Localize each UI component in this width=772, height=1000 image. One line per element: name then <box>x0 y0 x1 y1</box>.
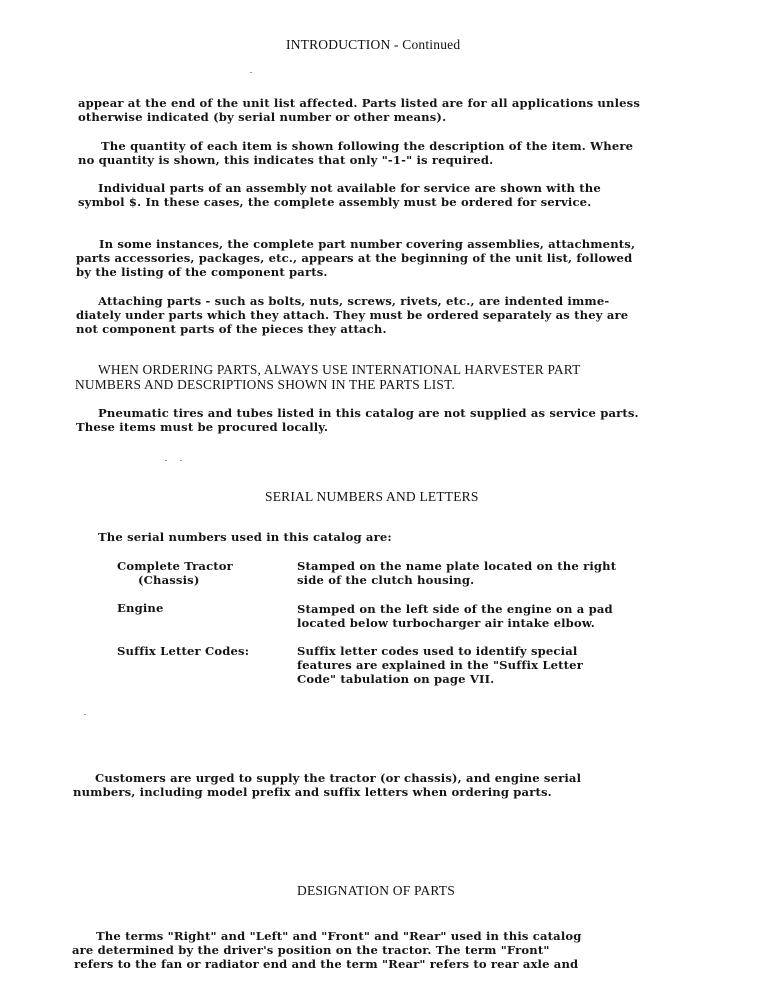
text-line: parts accessories, packages, etc., appea… <box>76 251 635 265</box>
text-line: In some instances, the complete part num… <box>76 237 635 251</box>
text-line: Stamped on the left side of the engine o… <box>297 602 613 616</box>
text-line: otherwise indicated (by serial number or… <box>78 110 640 124</box>
text-line: side of the clutch housing. <box>297 573 616 587</box>
section-heading-designation: DESIGNATION OF PARTS <box>297 883 455 899</box>
page-title: INTRODUCTION - Continued <box>286 37 460 53</box>
text-line: Pneumatic tires and tubes listed in this… <box>76 406 639 420</box>
text-line: NUMBERS AND DESCRIPTIONS SHOWN IN THE PA… <box>75 377 580 392</box>
text-line: These items must be procured locally. <box>76 420 639 434</box>
paragraph-designation: The terms "Right" and "Left" and "Front"… <box>72 929 582 971</box>
text-line: WHEN ORDERING PARTS, ALWAYS USE INTERNAT… <box>75 362 580 377</box>
text-line: are determined by the driver's position … <box>72 943 582 957</box>
paragraph-pneumatic-tires: Pneumatic tires and tubes listed in this… <box>76 406 639 434</box>
text-line: by the listing of the component parts. <box>76 265 635 279</box>
text-line: symbol $. In these cases, the complete a… <box>78 195 601 209</box>
text-line: refers to the fan or radiator end and th… <box>72 957 582 971</box>
paragraph-complete-part-number: In some instances, the complete part num… <box>76 237 635 279</box>
text-line: Suffix Letter Codes: <box>117 644 249 658</box>
text-line: Code" tabulation on page VII. <box>297 672 583 686</box>
text-line: Attaching parts - such as bolts, nuts, s… <box>76 294 628 308</box>
text-line: Stamped on the name plate located on the… <box>297 559 616 573</box>
text-line: The quantity of each item is shown follo… <box>78 139 633 153</box>
scan-speck <box>180 460 182 461</box>
text-line: Suffix letter codes used to identify spe… <box>297 644 583 658</box>
paragraph-unit-list: appear at the end of the unit list affec… <box>78 96 640 124</box>
serial-desc-suffix-codes: Suffix letter codes used to identify spe… <box>297 644 583 686</box>
section-heading-serial-numbers: SERIAL NUMBERS AND LETTERS <box>265 489 479 505</box>
paragraph-individual-parts: Individual parts of an assembly not avai… <box>78 181 601 209</box>
text-line: numbers, including model prefix and suff… <box>73 785 581 799</box>
text-line: The terms "Right" and "Left" and "Front"… <box>72 929 582 943</box>
serial-label-complete-tractor: Complete Tractor (Chassis) <box>117 559 233 587</box>
text-line: Customers are urged to supply the tracto… <box>73 771 581 785</box>
text-line: not component parts of the pieces they a… <box>76 322 628 336</box>
text-line: diately under parts which they attach. T… <box>76 308 628 322</box>
text-line: located below turbocharger air intake el… <box>297 616 613 630</box>
serial-label-suffix-codes: Suffix Letter Codes: <box>117 644 249 658</box>
paragraph-attaching-parts: Attaching parts - such as bolts, nuts, s… <box>76 294 628 336</box>
text-line: features are explained in the "Suffix Le… <box>297 658 583 672</box>
serial-desc-complete-tractor: Stamped on the name plate located on the… <box>297 559 616 587</box>
text-line: Individual parts of an assembly not avai… <box>78 181 601 195</box>
scan-speck <box>165 460 167 461</box>
text-line: Engine <box>117 601 163 615</box>
text-line: Complete Tractor <box>117 559 233 573</box>
serial-desc-engine: Stamped on the left side of the engine o… <box>297 602 613 630</box>
paragraph-customers-note: Customers are urged to supply the tracto… <box>73 771 581 799</box>
text-line: appear at the end of the unit list affec… <box>78 96 640 110</box>
scan-speck <box>84 714 86 715</box>
scan-speck <box>250 72 252 73</box>
paragraph-quantity: The quantity of each item is shown follo… <box>78 139 633 167</box>
document-page: INTRODUCTION - Continued appear at the e… <box>0 0 772 1000</box>
text-line: no quantity is shown, this indicates tha… <box>78 153 633 167</box>
text-line: (Chassis) <box>117 573 233 587</box>
serial-label-engine: Engine <box>117 601 163 615</box>
paragraph-ordering-notice: WHEN ORDERING PARTS, ALWAYS USE INTERNAT… <box>75 362 580 392</box>
serial-intro: The serial numbers used in this catalog … <box>98 530 392 544</box>
